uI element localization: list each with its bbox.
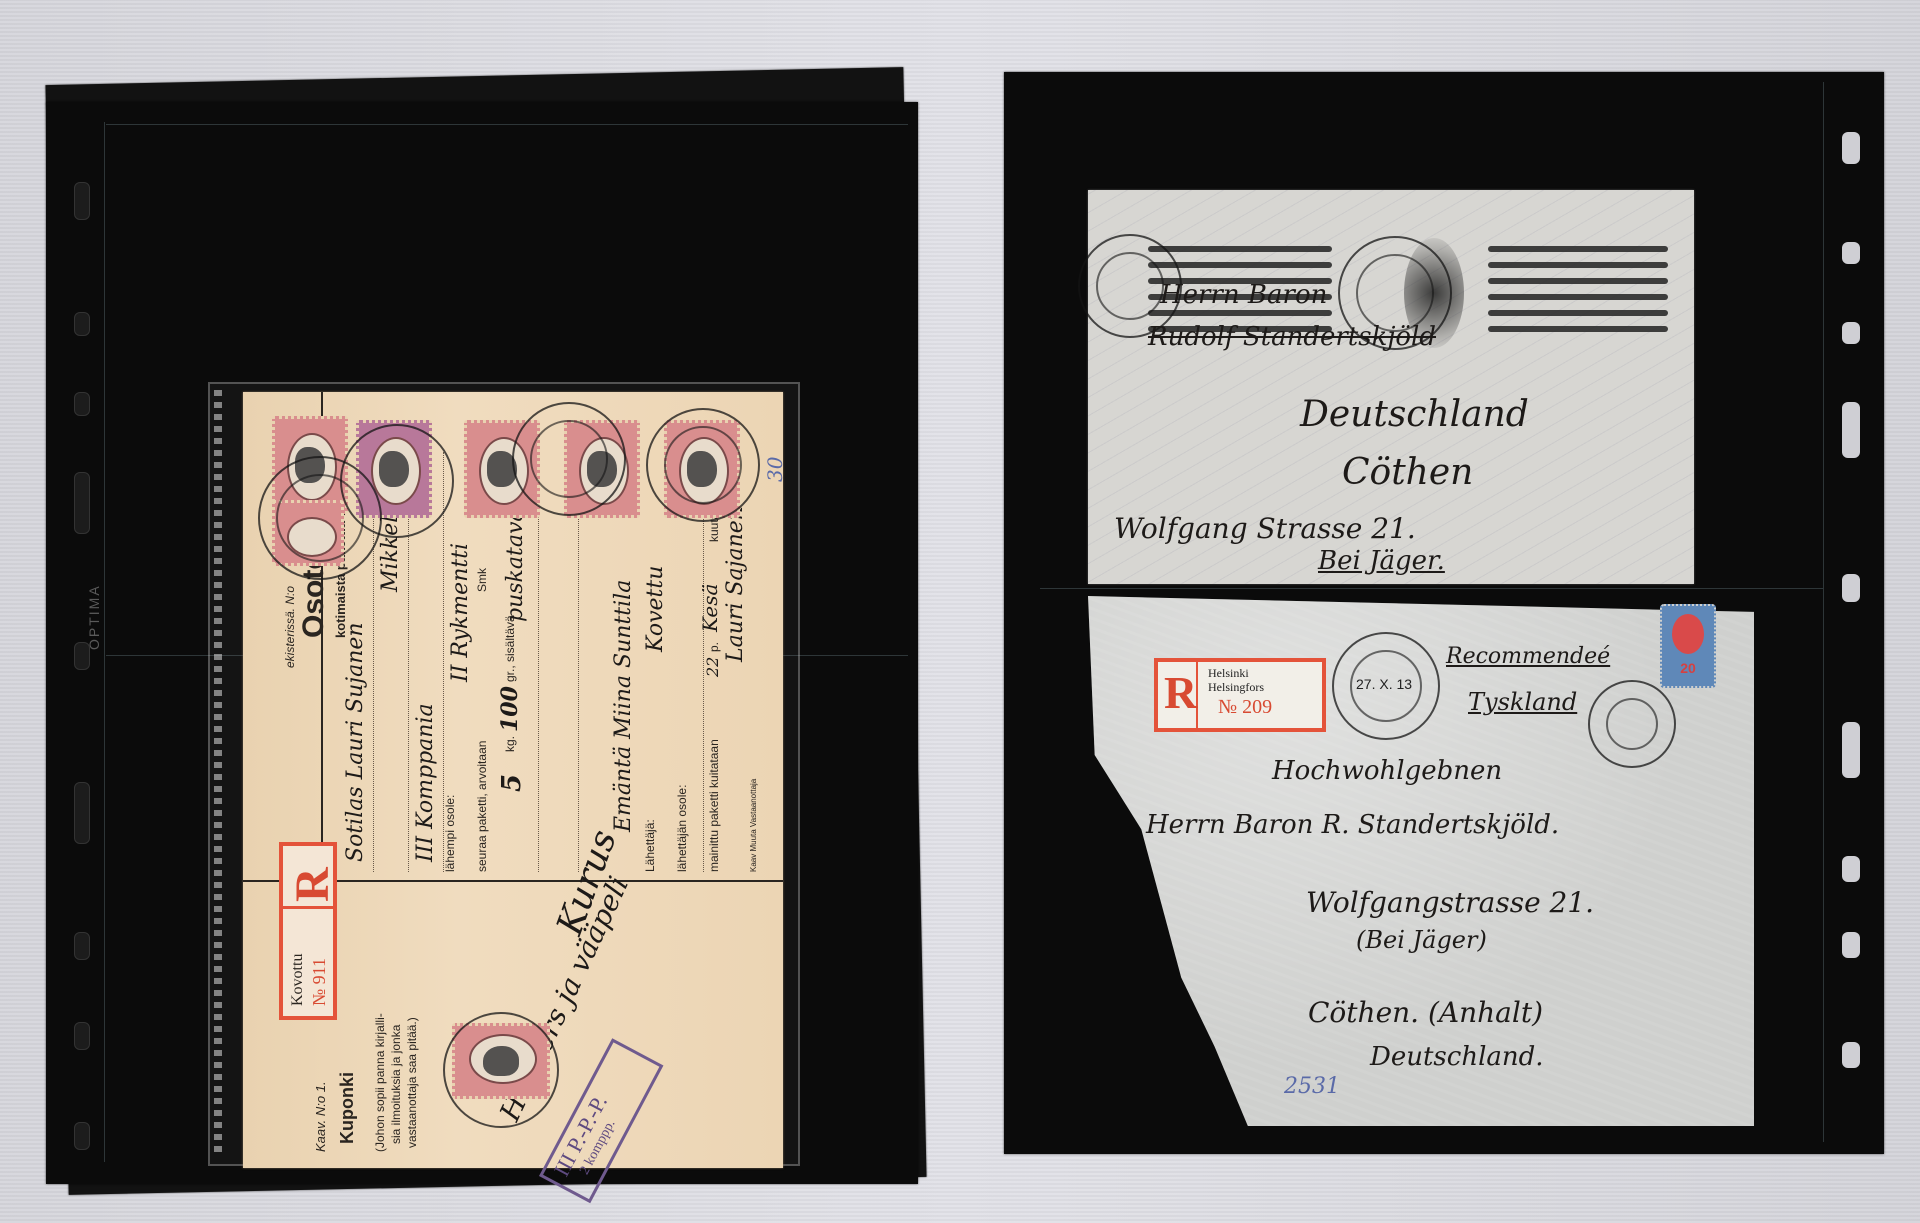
binder-hole: [1842, 322, 1860, 344]
address-line-1: Herrn Baron: [1160, 280, 1327, 310]
postmark-date: 27. X. 13: [1356, 676, 1412, 692]
pocket-divider: [1040, 588, 1824, 589]
handwritten-sender: Emäntä Miina Sunttila: [611, 580, 636, 832]
address-line-5: Cöthen. (Anhalt): [1308, 996, 1543, 1029]
machine-cancel-bar: [1488, 310, 1668, 316]
machine-cancel-bar: [1488, 246, 1668, 252]
binder-hole: [74, 472, 90, 534]
machine-cancel-bar: [1148, 246, 1332, 252]
handwritten-month: Kesä: [698, 584, 722, 632]
sender-address-label: lähettäjän osole:: [675, 785, 689, 872]
binder-hole: [74, 932, 90, 960]
address-line-6: Deutschland.: [1370, 1042, 1544, 1072]
binder-hole: [74, 1022, 90, 1050]
postmark-helsingfors: [1588, 680, 1676, 768]
delivery-line: mainittu paketti kuitataan: [707, 739, 721, 872]
handwritten-unit-1: III Komppania: [413, 703, 438, 862]
stamp-value: 20: [1662, 660, 1714, 676]
weight-label: kg.: [503, 736, 517, 752]
handwritten-unit-2: II Rykmentti: [448, 543, 473, 682]
double-eagle-icon: [1672, 614, 1704, 654]
registration-place: Kovottu: [289, 954, 307, 1006]
sleeve-perforation: [214, 390, 222, 1158]
pocket-divider: [106, 124, 908, 125]
registration-letter: R: [1164, 666, 1197, 719]
handwritten-weight-g: 100: [497, 686, 523, 732]
registration-label: R Kovottu № 911: [279, 842, 337, 1020]
binder-hole: [74, 782, 90, 844]
registration-letter: R: [285, 867, 340, 902]
registration-number: № 209: [1218, 696, 1272, 719]
binder-hole: [1842, 242, 1860, 264]
binder-hole: [1842, 402, 1860, 458]
registration-city-fi: Helsinki: [1208, 666, 1249, 681]
card-footer: Kaav Muuta Vastaanottaja: [749, 779, 758, 872]
address-line-6: Bei Jäger.: [1318, 546, 1445, 576]
coupon-note-3: vastaanottaja saa pitää.): [405, 1017, 419, 1148]
currency-label: Smk: [475, 568, 489, 592]
registration-label: R Helsinki Helsingfors № 209: [1154, 658, 1326, 732]
machine-cancel-bar: [1488, 262, 1668, 268]
postmark-kovettu: [512, 402, 626, 516]
binder-hole: [1842, 574, 1860, 602]
service-line-1: Recommendeé: [1446, 644, 1610, 669]
grams-label: gr., sisältävä: [503, 615, 517, 682]
coupon-note-1: (Johon sopii panna kirjalli-: [373, 1013, 387, 1152]
envelope-top: Herrn Baron Rudolf Standertskjöld Deutsc…: [1088, 190, 1694, 584]
handwritten-recipient: Sotilas Lauri Sujanen: [343, 622, 368, 862]
binder-hole: [74, 182, 90, 220]
binder-hole: [1842, 1042, 1860, 1068]
postmark-st-michel: [340, 424, 454, 538]
machine-cancel-bar: [1488, 294, 1668, 300]
binder-hole: [1842, 132, 1860, 164]
binder-hole: [1842, 722, 1860, 778]
binder-hole: [1842, 856, 1860, 882]
address-line-1: Hochwohlgebnen: [1272, 756, 1502, 786]
address-line-4: (Bei Jäger): [1356, 926, 1487, 954]
registration-number: № 911: [309, 958, 330, 1006]
postmark-kovettu: [646, 408, 760, 522]
address-line-3: Wolfgangstrasse 21.: [1306, 886, 1594, 919]
coupon-title: Kuponki: [337, 1072, 358, 1144]
sender-label: Lähettäjä:: [643, 819, 657, 872]
strip-edge: [1823, 82, 1824, 1142]
binder-hole: [1842, 932, 1860, 958]
address-line-3: Deutschland: [1300, 394, 1529, 435]
machine-cancel-bar: [1488, 326, 1668, 332]
machine-cancel-bar: [1488, 278, 1668, 284]
address-line-2: Rudolf Standertskjöld: [1148, 322, 1436, 352]
label-divider: [283, 906, 333, 909]
strip-edge: [104, 122, 105, 1162]
parcel-label: seuraa paketti, arvoitaan: [475, 741, 489, 872]
address-line-5: Wolfgang Strasse 21.: [1114, 512, 1416, 545]
pencil-note: 2531: [1284, 1074, 1340, 1099]
handwritten-signature: Lauri Sajanen: [723, 506, 748, 662]
pencil-note: 30: [763, 457, 787, 482]
handwritten-day: 22: [703, 657, 722, 677]
address-line-2: Herrn Baron R. Standertskjöld.: [1146, 810, 1559, 840]
postmark: [443, 1012, 559, 1128]
handwritten-weight-kg: 5: [497, 774, 527, 792]
brand-text: OPTIMA: [86, 584, 102, 650]
binder-hole: [74, 392, 90, 416]
handwritten-sender-place: Kovettu: [643, 566, 668, 652]
header-line: ekisterissä. N:o: [283, 586, 297, 668]
address-label: lähempi osole:: [443, 795, 457, 872]
address-line-4: Cöthen: [1342, 452, 1473, 493]
binder-hole: [74, 1122, 90, 1150]
registration-city-sv: Helsingfors: [1208, 680, 1264, 695]
russia-stamp: 20: [1660, 604, 1716, 688]
coupon-number: Kaav. N:o 1.: [313, 1081, 328, 1152]
service-line-2: Tyskland: [1468, 688, 1577, 716]
coupon-note-2: sia ilmoituksia ja jonka: [389, 1025, 403, 1144]
binder-hole: [74, 312, 90, 336]
day-label: p.: [707, 642, 721, 652]
